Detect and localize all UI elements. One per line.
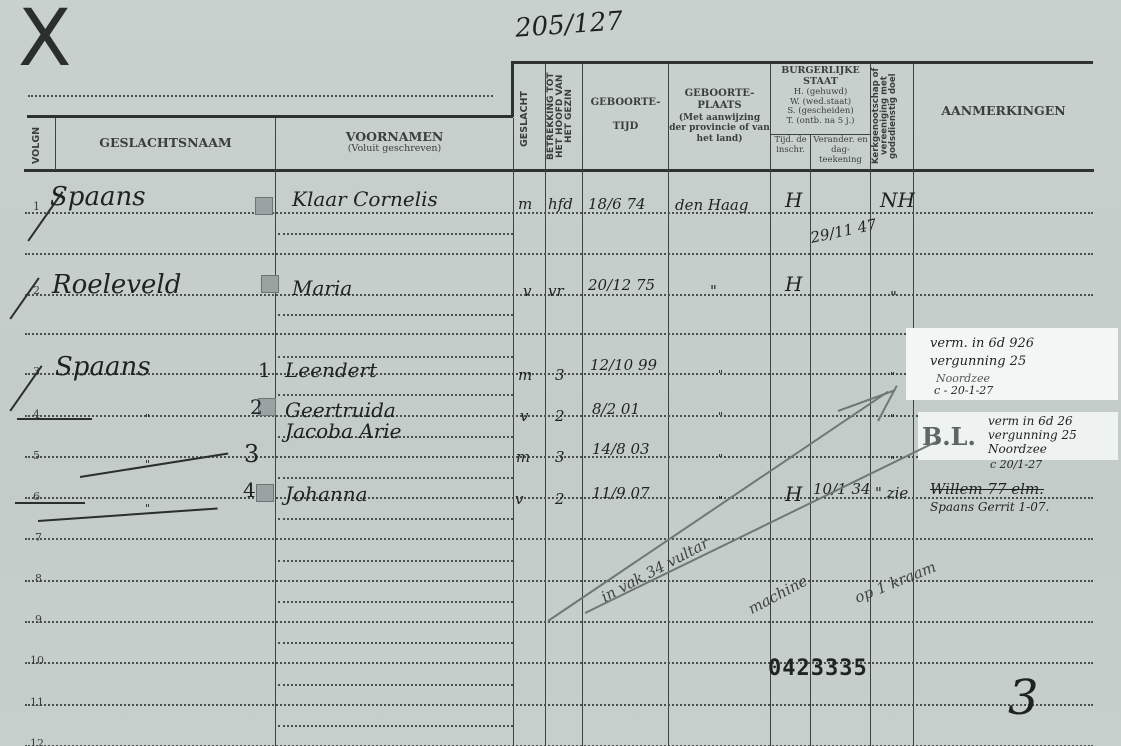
header-top-border-right — [511, 61, 1093, 64]
row-number-5: 5 — [33, 449, 40, 462]
entry-3-stamp-number: 1 — [258, 358, 271, 382]
entry-1-relation: hfd — [548, 195, 573, 213]
voornamen-subline-8 — [278, 560, 513, 562]
remark-2-paste: B.L. verm in 6d 26 vergunning 25 Noordze… — [918, 412, 1118, 460]
entry-5-surname-ditto: " — [145, 458, 150, 471]
pencil-arrow-line — [547, 391, 888, 622]
row-number-8: 8 — [35, 572, 42, 585]
entry-1-sex: m — [518, 195, 532, 213]
remark-1-paste: verm. in 6d 926 vergunning 25 Noordzee c… — [906, 328, 1118, 400]
row-line-2 — [25, 253, 1093, 255]
entry-2-sex: v — [523, 282, 531, 300]
voornamen-subline-2 — [278, 314, 513, 316]
header-aanmerkingen: AANMERKINGEN — [914, 104, 1093, 118]
entry-6-birthdate: 11/9 07 — [592, 484, 650, 502]
corner-x-mark: X — [18, 0, 71, 84]
header-geslachtsnaam: GESLACHTSNAAM — [56, 136, 275, 150]
entry-2-birthplace: " — [710, 282, 717, 300]
remark-2-line2: vergunning 25 — [988, 428, 1077, 442]
row-number-10: 10 — [30, 654, 44, 667]
entry-6-given-names: Johanna — [285, 482, 368, 506]
header-geslacht: GESLACHT — [520, 80, 536, 158]
voornamen-subline-7 — [278, 518, 513, 520]
entry-2-relation: vr — [548, 282, 564, 300]
entry-3-birthdate: 12/10 99 — [590, 356, 657, 374]
stamp-row-2 — [261, 275, 279, 293]
page-mark: 3 — [1008, 670, 1039, 726]
header-geboorteplaats: GEBOORTE- PLAATS (Met aanwijzing der pro… — [669, 88, 770, 144]
row-number-12: 12 — [30, 737, 44, 746]
header-volgn: VOLGN — [32, 124, 46, 166]
header-kerkgenootschap: Kerkgenootschap of vereeniging met godsd… — [872, 66, 912, 166]
header-geboortetijd-line1: GEBOORTE- — [583, 97, 668, 109]
header-top-border-left — [27, 115, 513, 118]
remark-3-prefix: " zie — [875, 484, 908, 502]
row-number-7: 7 — [35, 531, 42, 544]
entry-2-civil-status: H — [785, 272, 802, 296]
header-geboorteplaats-line1: GEBOORTE- — [669, 88, 770, 100]
entry-5-birthdate: 14/8 03 — [592, 440, 650, 458]
entry-4-sex: v — [520, 407, 528, 425]
voornamen-subline-9 — [278, 601, 513, 603]
col-line-geslacht — [545, 64, 546, 746]
entry-5-stamp-number: 3 — [244, 440, 259, 468]
strike-row-6 — [15, 502, 85, 504]
row-line-8 — [25, 538, 1093, 540]
header-bs-title: BURGERLIJKE STAAT — [771, 66, 870, 88]
entry-6-civil-status: H — [785, 482, 802, 506]
col-line-geboorteplaats — [770, 64, 771, 746]
stamp-row-1 — [255, 197, 273, 215]
strike-row-2 — [9, 277, 39, 319]
header-geboorteplaats-line2: PLAATS — [669, 100, 770, 112]
row-line-12 — [25, 704, 1093, 706]
entry-5-given-names: Jacoba Arie — [285, 420, 405, 442]
family-registration-card: X 205/127 VOLGN GESLACHTSNAAM VOORNAMEN … — [0, 0, 1121, 746]
col-line-tijd — [810, 134, 811, 746]
header-voornamen-title: VOORNAMEN — [346, 129, 444, 144]
header-burgerlijke-staat: BURGERLIJKE STAAT H. (gehuwd) W. (wed.st… — [771, 66, 870, 127]
header-voornamen: VOORNAMEN (Voluit geschreven) — [276, 130, 513, 155]
entry-6-sex: v — [515, 490, 523, 508]
entry-3-given-names: Leendert — [285, 358, 377, 382]
header-tijd: Tijd. de inschr. — [771, 136, 810, 156]
row-number-2: 2 — [33, 284, 40, 297]
entry-2-church: " — [890, 288, 897, 306]
strike-row-4 — [17, 418, 92, 420]
entry-1-birthdate: 18/6 74 — [588, 195, 646, 213]
header-geboortetijd-line2: TIJD — [583, 121, 668, 133]
stamp-row-6 — [256, 484, 274, 502]
row-line-11 — [25, 662, 1093, 664]
remark-1-line4: c - 20-1-27 — [934, 384, 993, 397]
entry-1-civil-status: H — [785, 188, 802, 212]
entry-1-birthplace: den Haag — [675, 196, 748, 214]
header-step-vertical — [511, 62, 514, 117]
remark-3-line1: Willem 77 elm. — [930, 480, 1044, 498]
voornamen-subline-11 — [278, 684, 513, 686]
header-betrekking: BETREKKING TOT HET HOOFD VAN HET GEZIN — [547, 66, 581, 166]
entry-6-relation: 2 — [555, 490, 565, 508]
remark-1-line2: vergunning 25 — [930, 354, 1026, 369]
bl-stamp: B.L. — [922, 422, 976, 451]
header-verander: Verander. en dag-teekening — [811, 136, 870, 165]
header-bottom-border — [24, 169, 1094, 172]
entry-3-sex: m — [518, 366, 532, 384]
entry-6-stamp-number: 4 — [243, 478, 256, 502]
entry-2-birthdate: 20/12 75 — [588, 276, 655, 294]
entry-2-given-names: Maria — [292, 276, 352, 300]
row-line-9 — [25, 580, 1093, 582]
col-line-geboortetijd — [668, 64, 669, 746]
col-line-verander — [870, 64, 871, 746]
voornamen-subline-4 — [278, 394, 513, 396]
entry-3-relation: 3 — [555, 366, 565, 384]
pencil-note-2: machine — [745, 572, 810, 618]
col-line-kerk — [913, 64, 914, 746]
entry-3-birthplace: " — [718, 368, 723, 381]
row-line-10 — [25, 621, 1093, 623]
entry-4-relation: 2 — [555, 407, 565, 425]
remark-1-line1: verm. in 6d 926 — [930, 336, 1034, 351]
entry-3-surname: Spaans — [55, 352, 151, 382]
remark-2-line3: Noordzee — [988, 442, 1047, 456]
serial-number: 0423335 — [768, 656, 868, 681]
entry-1-change-date: 29/11 47 — [809, 215, 878, 247]
remark-2-line1: verm in 6d 26 — [988, 414, 1073, 428]
pencil-note-3: op 1 kraam — [852, 558, 939, 607]
entry-4-birthdate: 8/2 01 — [592, 400, 640, 418]
entry-5-birthplace: " — [718, 452, 723, 465]
remark-3-line2: Spaans Gerrit 1-07. — [930, 500, 1049, 514]
row-number-9: 9 — [35, 613, 42, 626]
entry-5-sex: m — [516, 448, 530, 466]
strike-row-6b — [38, 507, 218, 521]
col-line-betrekking — [582, 64, 583, 746]
header-voornamen-sub: (Voluit geschreven) — [276, 144, 513, 155]
top-dotted-line — [28, 95, 493, 97]
entry-5-relation: 3 — [555, 448, 565, 466]
row-number-1: 1 — [33, 200, 40, 213]
row-number-11: 11 — [30, 696, 44, 709]
voornamen-subline-12 — [278, 725, 513, 727]
remark-2-line4: c 20/1-27 — [990, 458, 1042, 471]
header-geboortetijd: GEBOORTE- TIJD — [583, 97, 668, 132]
entry-4-church: " — [890, 412, 895, 425]
entry-1-church: NH — [880, 188, 915, 212]
entry-1-surname: Spaans — [50, 182, 146, 212]
voornamen-subline-10 — [278, 642, 513, 644]
voornamen-subline-1 — [278, 233, 513, 235]
entry-2-surname: Roeleveld — [52, 270, 181, 300]
voornamen-subline-6 — [278, 477, 513, 479]
entry-3-church: " — [890, 370, 895, 383]
pencil-note-1: in vak 34 vultar — [598, 534, 712, 606]
header-bs-t: T. (ontb. na 5 j.) — [771, 117, 870, 127]
header-geboorteplaats-sub: (Met aanwijzing der provincie of van het… — [669, 113, 770, 144]
card-number: 205/127 — [514, 6, 624, 43]
entry-4-stamp-number: 2 — [250, 395, 263, 419]
entry-1-given-names: Klaar Cornelis — [292, 188, 472, 210]
entry-6-surname-ditto: " — [145, 502, 150, 515]
entry-4-birthplace: " — [718, 410, 723, 423]
entry-4-surname-ditto: " — [145, 412, 150, 425]
